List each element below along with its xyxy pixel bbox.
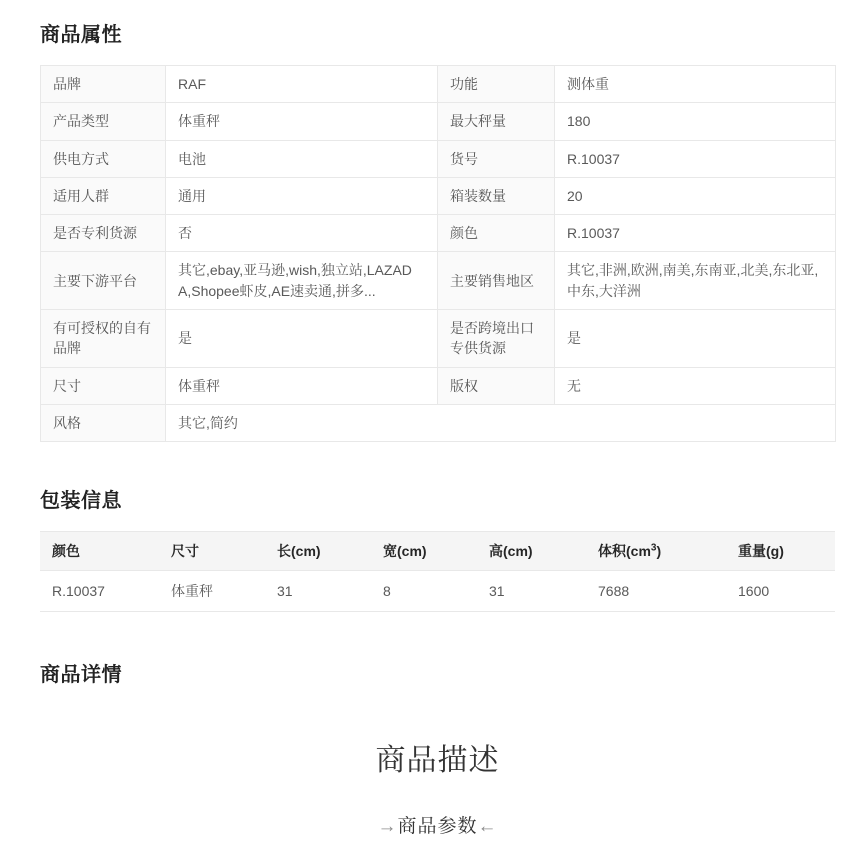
params-heading-text: 商品参数: [397, 816, 477, 837]
packaging-cell: 31: [477, 571, 586, 612]
attribute-label: 最大秤量: [438, 103, 555, 140]
attribute-row: 适用人群通用箱装数量20: [41, 177, 836, 214]
packaging-column-header: 高(cm): [477, 532, 586, 571]
attribute-value: 电池: [166, 140, 438, 177]
attribute-value: R.10037: [555, 140, 836, 177]
attribute-row: 主要下游平台其它,ebay,亚马逊,wish,独立站,LAZADA,Shopee…: [41, 252, 836, 310]
attribute-label: 品牌: [41, 66, 166, 103]
left-arrow-icon: ←: [478, 816, 498, 837]
attribute-label: 是否专利货源: [41, 215, 166, 252]
attribute-value: 通用: [166, 177, 438, 214]
packaging-column-header: 长(cm): [265, 532, 371, 571]
packaging-cell: 8: [371, 571, 477, 612]
attribute-label: 箱装数量: [438, 177, 555, 214]
attribute-row: 有可授权的自有品牌是是否跨境出口专供货源是: [41, 310, 836, 368]
attribute-value: 其它,简约: [166, 404, 836, 441]
attributes-section-title: 商品属性: [40, 18, 835, 47]
packaging-cell: 1600: [726, 571, 835, 612]
attribute-value: 是: [166, 310, 438, 368]
attribute-label: 颜色: [438, 215, 555, 252]
attribute-row: 尺寸体重秤版权无: [41, 367, 836, 404]
packaging-cell: 7688: [586, 571, 726, 612]
attribute-row: 风格其它,简约: [41, 404, 836, 441]
attribute-row: 是否专利货源否颜色R.10037: [41, 215, 836, 252]
packaging-header-row: 颜色尺寸长(cm)宽(cm)高(cm)体积(cm3)重量(g): [40, 532, 835, 571]
packaging-table-body: R.10037体重秤3183176881600: [40, 571, 835, 612]
packaging-cell: 体重秤: [159, 571, 265, 612]
packaging-column-header: 体积(cm3): [586, 532, 726, 571]
attribute-label: 尺寸: [41, 367, 166, 404]
attribute-row: 供电方式电池货号R.10037: [41, 140, 836, 177]
attribute-value: 测体重: [555, 66, 836, 103]
attribute-label: 是否跨境出口专供货源: [438, 310, 555, 368]
attributes-table-body: 品牌RAF功能测体重产品类型体重秤最大秤量180供电方式电池货号R.10037适…: [41, 66, 836, 442]
attribute-label: 供电方式: [41, 140, 166, 177]
packaging-column-header: 宽(cm): [371, 532, 477, 571]
right-arrow-icon: →: [377, 816, 397, 837]
attribute-value: R.10037: [555, 215, 836, 252]
packaging-row: R.10037体重秤3183176881600: [40, 571, 835, 612]
attribute-value: 180: [555, 103, 836, 140]
attribute-label: 风格: [41, 404, 166, 441]
attribute-value: 其它,ebay,亚马逊,wish,独立站,LAZADA,Shopee虾皮,AE速…: [166, 252, 438, 310]
attribute-row: 品牌RAF功能测体重: [41, 66, 836, 103]
attribute-value: 否: [166, 215, 438, 252]
attribute-value: 20: [555, 177, 836, 214]
attribute-label: 产品类型: [41, 103, 166, 140]
attribute-label: 主要销售地区: [438, 252, 555, 310]
attribute-label: 主要下游平台: [41, 252, 166, 310]
attribute-row: 产品类型体重秤最大秤量180: [41, 103, 836, 140]
description-heading: 商品描述: [40, 735, 835, 779]
attribute-value: RAF: [166, 66, 438, 103]
attributes-table: 品牌RAF功能测体重产品类型体重秤最大秤量180供电方式电池货号R.10037适…: [40, 65, 836, 442]
attribute-value: 无: [555, 367, 836, 404]
packaging-cell: R.10037: [40, 571, 159, 612]
packaging-column-header: 重量(g): [726, 532, 835, 571]
attribute-value: 体重秤: [166, 367, 438, 404]
attribute-value: 是: [555, 310, 836, 368]
attribute-label: 货号: [438, 140, 555, 177]
attribute-value: 其它,非洲,欧洲,南美,东南亚,北美,东北亚,中东,大洋洲: [555, 252, 836, 310]
details-section-title: 商品详情: [40, 658, 835, 687]
packaging-section-title: 包装信息: [40, 484, 835, 513]
attribute-value: 体重秤: [166, 103, 438, 140]
packaging-column-header: 尺寸: [159, 532, 265, 571]
packaging-cell: 31: [265, 571, 371, 612]
attribute-label: 有可授权的自有品牌: [41, 310, 166, 368]
attribute-label: 版权: [438, 367, 555, 404]
packaging-table: 颜色尺寸长(cm)宽(cm)高(cm)体积(cm3)重量(g) R.10037体…: [40, 531, 835, 612]
packaging-column-header: 颜色: [40, 532, 159, 571]
attribute-label: 功能: [438, 66, 555, 103]
params-heading: →商品参数←: [40, 811, 835, 838]
attribute-label: 适用人群: [41, 177, 166, 214]
details-section: 商品详情 商品描述 →商品参数←: [40, 658, 835, 838]
